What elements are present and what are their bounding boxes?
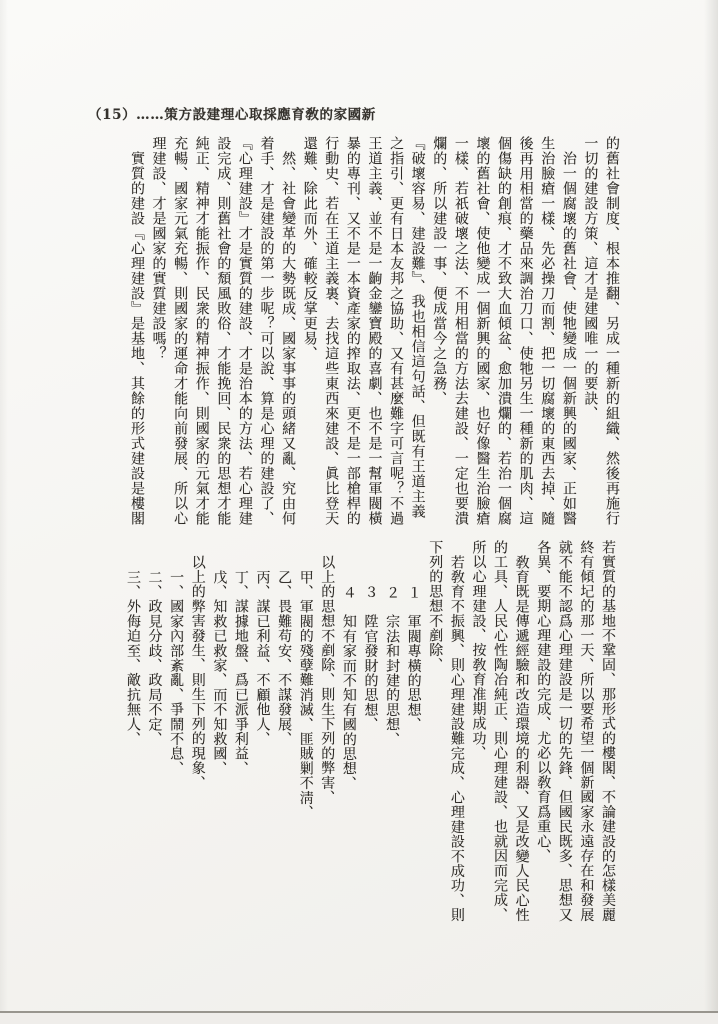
paragraph: 以上的弊害發生、則生下列的現象、 bbox=[186, 540, 208, 925]
paragraph: 治一個腐壞的舊社會、使牠變成一個新興的國家、正如醫生治臉瘡一樣、先必操刀而割、把… bbox=[428, 136, 579, 529]
page-bottom-margin bbox=[0, 1013, 718, 1024]
page-left-edge-shading bbox=[0, 0, 8, 1024]
paragraph: 實質的建設『心理建設』是基地、其餘的形式建設是樓閣 bbox=[125, 136, 147, 529]
list-item-cn-numbered: 二、政見分歧、政局不定、 bbox=[143, 540, 165, 925]
list-item-numbered: ２ 宗法和封建的思想、 bbox=[380, 540, 402, 925]
paragraph: 若敎育不振興、則心理建設難完成、心理建設不成功、則下列的思想不剷除、 bbox=[424, 540, 467, 925]
paragraph: 若實質的基地不鞏固、那形式的樓閣、不論建設的怎樣美麗終有傾圮的那一天、所以要希望… bbox=[532, 540, 618, 925]
list-item-lettered: 乙、畏難苟安、不謀發展、 bbox=[273, 540, 295, 925]
scanned-page: （15）……策方設建理心取採應育敎的家國新 的舊社會制度、根本推翻、另成一種新的… bbox=[0, 0, 718, 1024]
list-item-numbered: ３ 陞官發財的思想、 bbox=[359, 540, 381, 925]
list-item-cn-numbered: 三、外侮迫至、敵抗無人、 bbox=[121, 540, 143, 925]
page-right-edge-shading bbox=[704, 0, 718, 1024]
upper-text-block: 的舊社會制度、根本推翻、另成一種新的組織、然後再施行一切的建設方策、這才是建國唯… bbox=[118, 136, 622, 529]
paragraph: 『破壞容易、建設難』、我也相信這句話、但既有王道主義之指引、更有日本友邦之協助、… bbox=[298, 136, 428, 529]
list-item-lettered: 丁、謀據地盤、爲已派爭利益、 bbox=[229, 540, 251, 925]
paragraph: 的舊社會制度、根本推翻、另成一種新的組織、然後再施行一切的建設方策、這才是建國唯… bbox=[579, 136, 622, 529]
list-item-lettered: 戊、知救已救家、而不知救國、 bbox=[208, 540, 230, 925]
list-item-numbered: １ 軍閥專橫的思想、 bbox=[402, 540, 424, 925]
paragraph: 然、社會變革的大勢既成、國家事事的頭緒又亂、究由何着手、才是建設的第一步呢？可以… bbox=[147, 136, 298, 529]
list-item-numbered: ４ 知有家而不知有國的思想、 bbox=[337, 540, 359, 925]
list-item-lettered: 甲、軍閥的殘孽難消滅、匪賊剿不淸、 bbox=[294, 540, 316, 925]
list-item-lettered: 丙、謀已利益、不顧他人、 bbox=[251, 540, 273, 925]
paragraph: 以上的思想不剷除、則生下列的弊害、 bbox=[316, 540, 338, 925]
lower-text-block: 若實質的基地不鞏固、那形式的樓閣、不論建設的怎樣美麗終有傾圮的那一天、所以要希望… bbox=[114, 540, 618, 925]
paragraph: 敎育既是傳遞經驗和改造環境的利器、又是改變人民心性的工具、人民心性陶冶純正、則心… bbox=[467, 540, 532, 925]
list-item-cn-numbered: 一、國家內部紊亂、爭鬧不息、 bbox=[165, 540, 187, 925]
running-title: （15）……策方設建理心取採應育敎的家國新 bbox=[88, 103, 508, 123]
